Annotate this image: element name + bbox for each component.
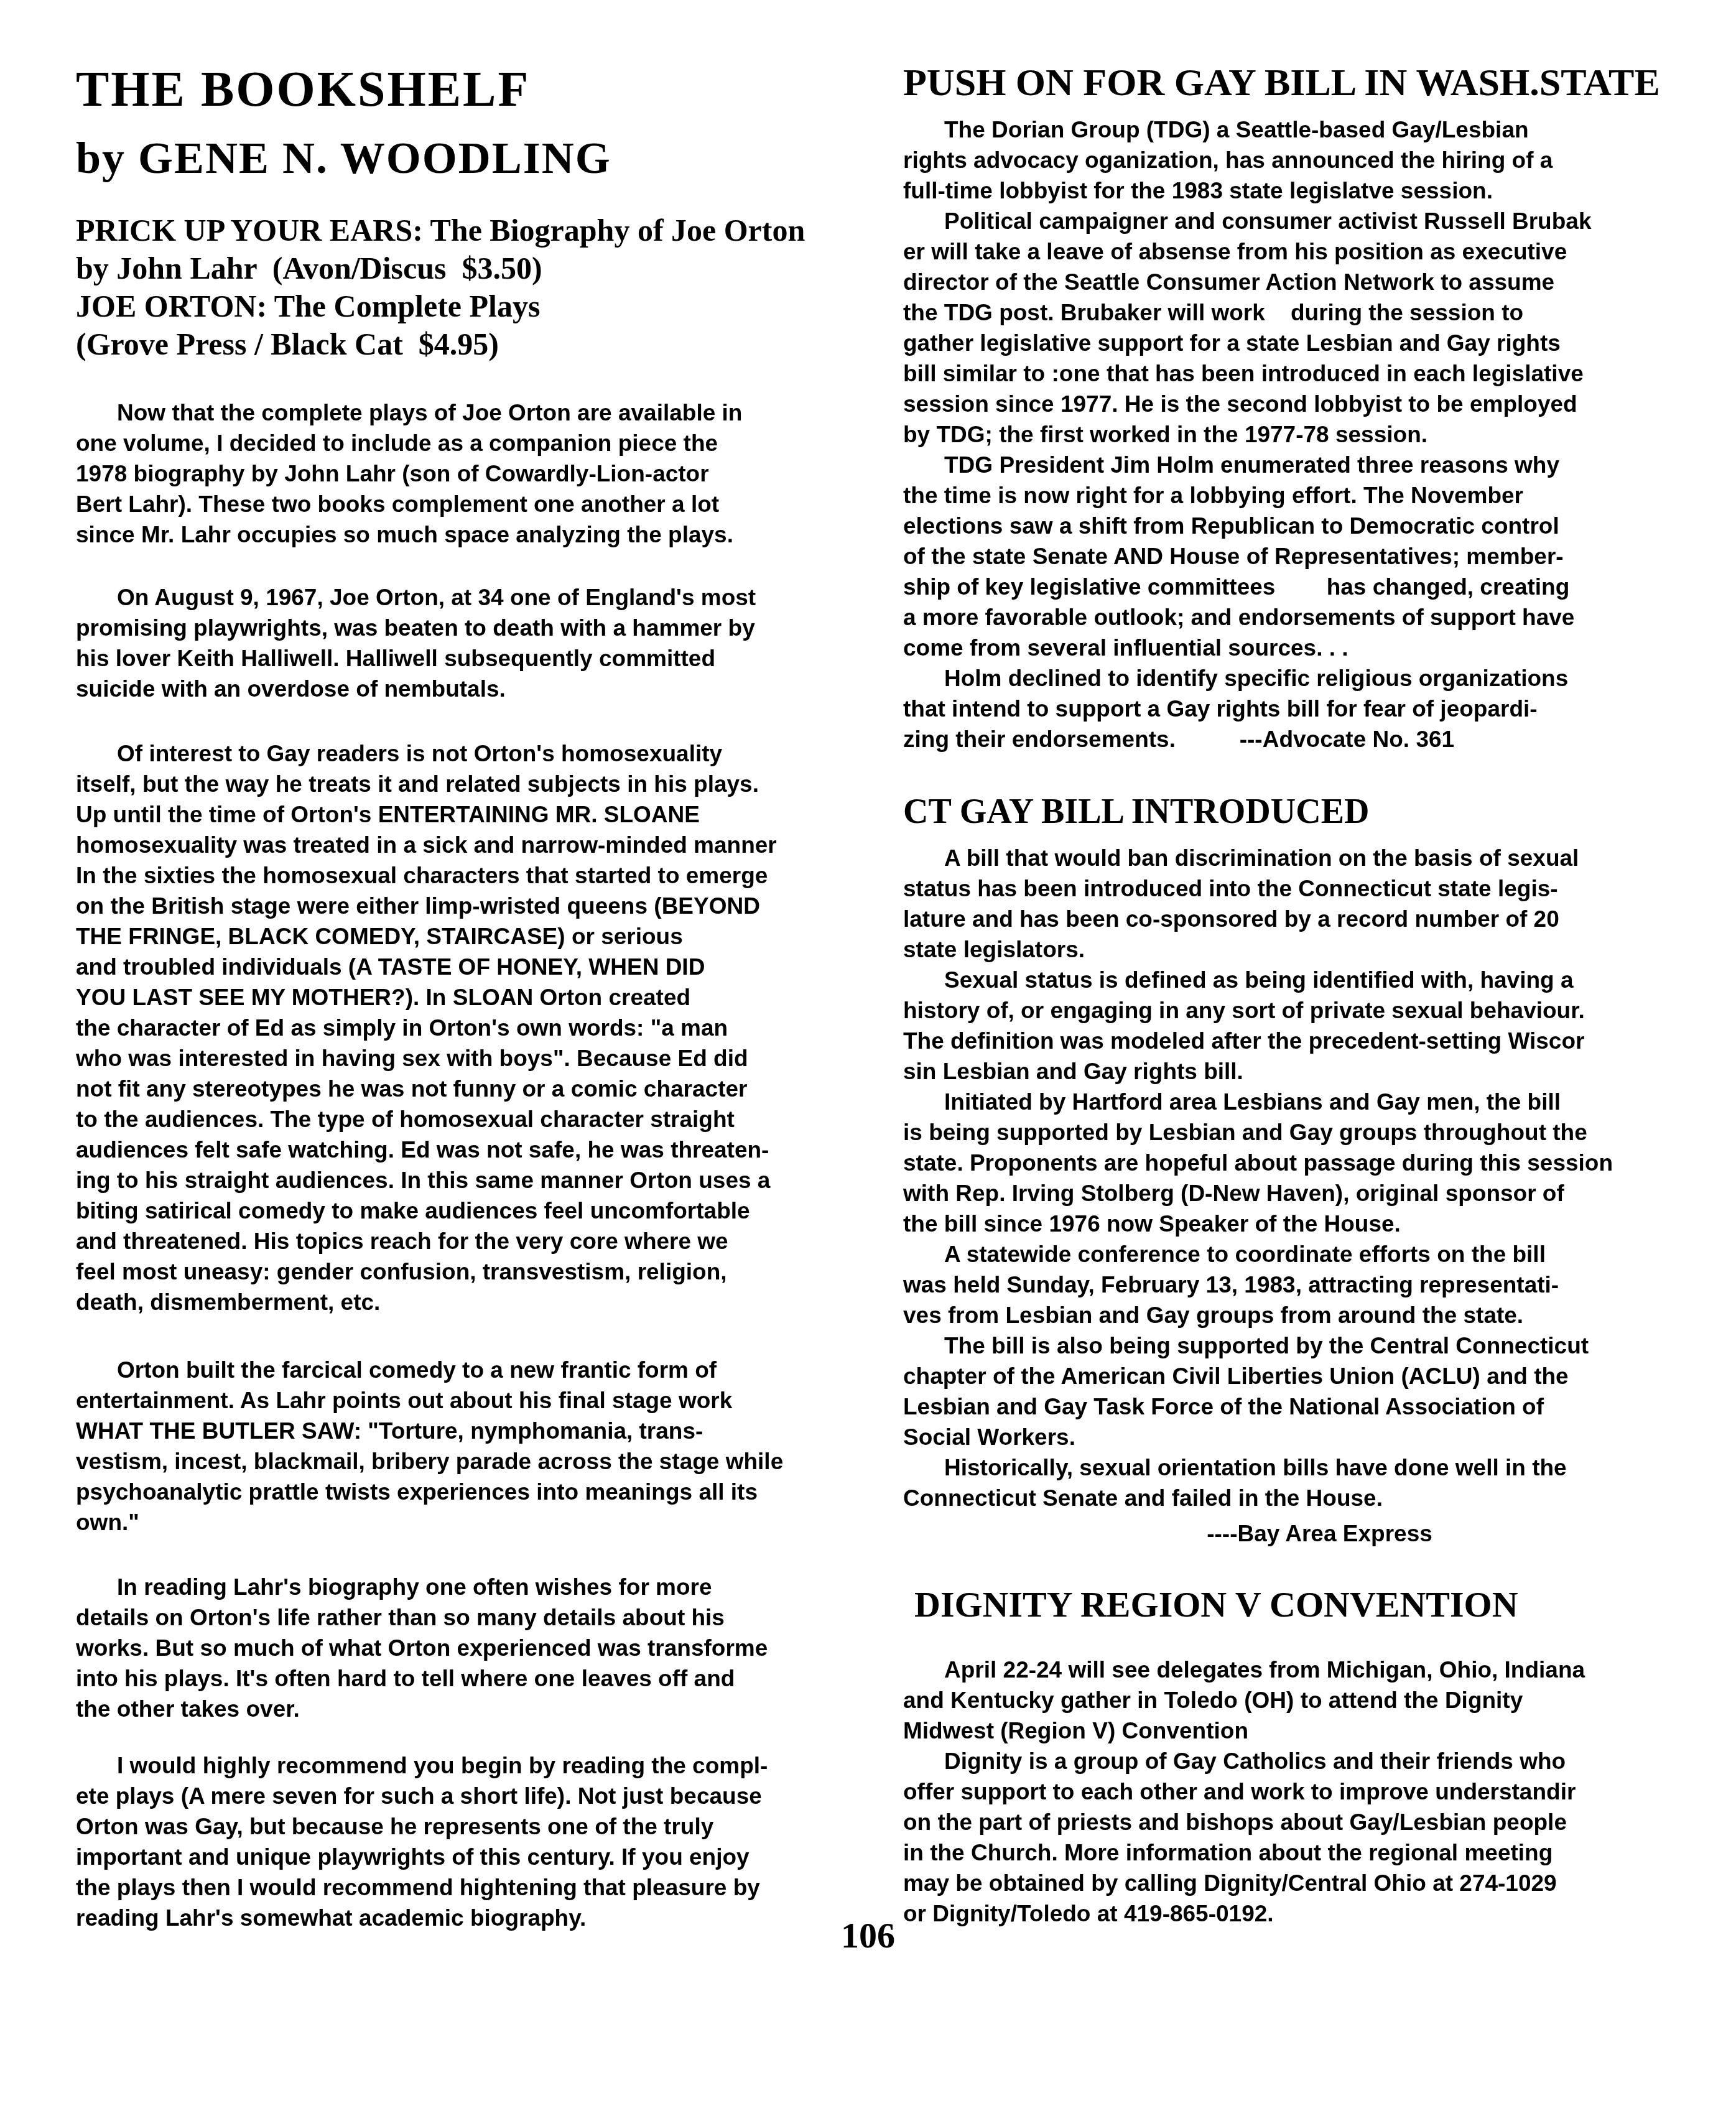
byline: by GENE N. WOODLING: [76, 133, 880, 183]
book-info-block: PRICK UP YOUR EARS: The Biography of Joe…: [76, 211, 880, 363]
bookshelf-paragraph: On August 9, 1967, Joe Orton, at 34 one …: [76, 582, 880, 704]
bookshelf-paragraph: I would highly recommend you begin by re…: [76, 1750, 880, 1933]
article-heading-dignity: DIGNITY REGION V CONVENTION: [914, 1585, 1736, 1625]
article-paragraph: Political campaigner and consumer activi…: [903, 206, 1736, 450]
article-paragraph: April 22-24 will see delegates from Mich…: [903, 1655, 1736, 1746]
page-number: 106: [0, 1917, 1736, 1954]
right-column: PUSH ON FOR GAY BILL IN WASH.STATE The D…: [903, 62, 1736, 1929]
left-column: THE BOOKSHELF by GENE N. WOODLING PRICK …: [76, 62, 880, 1933]
article-heading-ct-bill: CT GAY BILL INTRODUCED: [903, 793, 1736, 830]
article-paragraph: The Dorian Group (TDG) a Seattle-based G…: [903, 114, 1736, 206]
article-paragraph: Holm declined to identify specific relig…: [903, 663, 1736, 754]
article-paragraph: Dignity is a group of Gay Catholics and …: [903, 1746, 1736, 1929]
article-paragraph: The bill is also being supported by the …: [903, 1330, 1736, 1452]
article-paragraph: A bill that would ban discrimination on …: [903, 843, 1736, 965]
scanned-newsletter-page: THE BOOKSHELF by GENE N. WOODLING PRICK …: [0, 0, 1736, 2126]
article-heading-wash-state: PUSH ON FOR GAY BILL IN WASH.STATE: [903, 62, 1736, 103]
bookshelf-paragraph: Of interest to Gay readers is not Orton'…: [76, 738, 880, 1317]
article-paragraph: TDG President Jim Holm enumerated three …: [903, 450, 1736, 663]
article-paragraph: Historically, sexual orientation bills h…: [903, 1452, 1736, 1513]
bookshelf-paragraph: Orton built the farcical comedy to a new…: [76, 1355, 880, 1538]
article-paragraph: Initiated by Hartford area Lesbians and …: [903, 1087, 1736, 1239]
article-paragraph: A statewide conference to coordinate eff…: [903, 1239, 1736, 1330]
attribution-bay-area-express: ----Bay Area Express: [903, 1518, 1736, 1549]
bookshelf-paragraph: Now that the complete plays of Joe Orton…: [76, 397, 880, 550]
column-title: THE BOOKSHELF: [76, 62, 880, 117]
bookshelf-paragraph: In reading Lahr's biography one often wi…: [76, 1572, 880, 1724]
article-paragraph: Sexual status is defined as being identi…: [903, 965, 1736, 1087]
